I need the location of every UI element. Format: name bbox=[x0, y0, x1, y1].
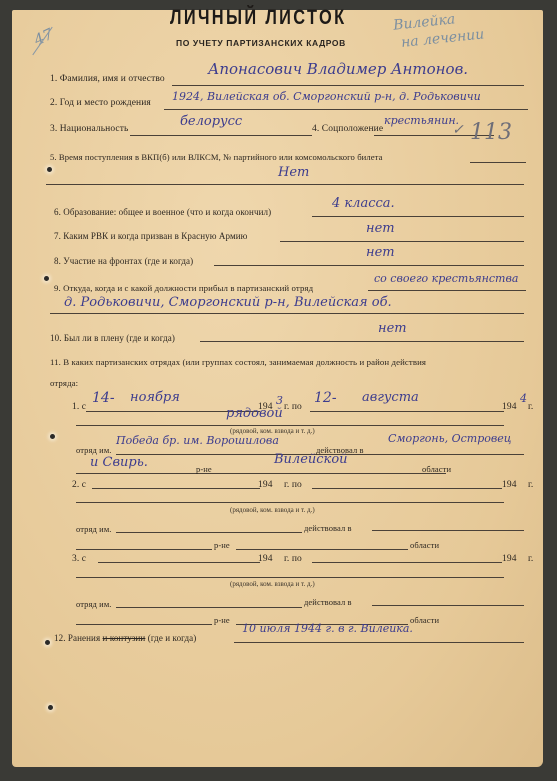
field-3-label: 3. Национальность bbox=[50, 124, 128, 134]
field-1-label: 1. Фамилия, имя и отчество bbox=[50, 74, 165, 84]
entry-1-to-day: 12- bbox=[314, 390, 337, 406]
field-3-value: белорусс bbox=[180, 114, 242, 129]
entry-1-till-label: г. по bbox=[284, 402, 302, 412]
entry-1-detachment: Победа бр. им. Ворошилова bbox=[116, 434, 279, 447]
field-12-label: 12. Ранения и контузии (где и когда) bbox=[54, 633, 196, 643]
entry-3-detachment-label: отряд им. bbox=[76, 599, 112, 609]
entry-2-year-suffix: г. bbox=[528, 480, 533, 490]
entry-1-num: 1. с bbox=[72, 402, 86, 412]
entry-2-year-print: 194 bbox=[258, 480, 273, 490]
entry-1-from-month: ноября bbox=[130, 390, 180, 405]
field-8-value: нет bbox=[366, 245, 395, 260]
archive-tick-mark: ✓ bbox=[452, 122, 464, 138]
entry-2-detachment-label: отряд им. bbox=[76, 524, 112, 534]
form-subtitle: ПО УЧЕТУ ПАРТИЗАНСКИХ КАДРОВ bbox=[176, 38, 346, 48]
entry-2-acted-label: действовал в bbox=[304, 523, 352, 533]
punch-hole bbox=[44, 276, 49, 281]
field-4-value: крестьянин. bbox=[384, 114, 459, 127]
field-7-label: 7. Каким РВК и когда призван в Красную А… bbox=[54, 231, 247, 241]
field-12-label-a: 12. Ранения bbox=[54, 633, 100, 643]
entry-2-region-label: области bbox=[410, 540, 439, 550]
entry-1-to-month: августа bbox=[362, 390, 419, 405]
entry-3-acted-label: действовал в bbox=[304, 597, 352, 607]
entry-1-position: рядовой bbox=[226, 406, 283, 421]
field-5-label: 5. Время поступления в ВКП(б) или ВЛКСМ,… bbox=[50, 152, 383, 162]
entry-3-year-suffix: г. bbox=[528, 554, 533, 564]
field-9-value-line-1: со своего крестьянства bbox=[374, 272, 518, 285]
field-9-label: 9. Откуда, когда и с какой должности при… bbox=[54, 283, 313, 293]
entry-2-position-hint: (рядовой, ком. взвода и т. д.) bbox=[230, 506, 315, 514]
field-6-value: 4 класса. bbox=[332, 196, 395, 211]
entry-1-region-label: области bbox=[422, 464, 451, 474]
entry-2-year-print-to: 194 bbox=[502, 480, 517, 490]
punch-hole bbox=[45, 640, 50, 645]
form-title: ЛИЧНЫЙ ЛИСТОК bbox=[170, 6, 346, 30]
field-1-value: Апонасович Владимер Антонов. bbox=[208, 60, 468, 78]
field-8-label: 8. Участие на фронтах (где и когда) bbox=[54, 256, 193, 266]
field-6-label: 6. Образование: общее и военное (что и к… bbox=[54, 207, 271, 217]
entry-2-district-label: р-не bbox=[214, 540, 230, 550]
entry-3-district-label: р-не bbox=[214, 615, 230, 625]
entry-1-region: Вилейской bbox=[274, 452, 348, 467]
field-11-label-cont: отряда: bbox=[50, 378, 78, 388]
entry-1-to-year-hand: 4 bbox=[520, 392, 527, 405]
field-7-value: нет bbox=[366, 221, 395, 236]
punch-hole bbox=[47, 167, 52, 172]
entry-2-till-label: г. по bbox=[284, 480, 302, 490]
field-5-value: Нет bbox=[278, 165, 309, 180]
entry-3-year-print: 194 bbox=[258, 554, 273, 564]
field-12-label-b: (где и когда) bbox=[148, 633, 197, 643]
field-10-label: 10. Был ли в плену (где и когда) bbox=[50, 333, 175, 343]
field-12-label-struck: и контузии bbox=[103, 633, 146, 643]
entry-1-to-year-print: 194 bbox=[502, 402, 517, 412]
entry-1-district-label: р-не bbox=[196, 464, 212, 474]
field-4-label: 4. Соцположение bbox=[312, 124, 383, 134]
field-11-label: 11. В каких партизанских отрядах (или гр… bbox=[50, 357, 426, 367]
entry-3-year-print-to: 194 bbox=[502, 554, 517, 564]
entry-2-num: 2. с bbox=[72, 480, 86, 490]
entry-3-till-label: г. по bbox=[284, 554, 302, 564]
punch-hole bbox=[50, 434, 55, 439]
field-2-value: 1924, Вилейская об. Сморгонский р-н, д. … bbox=[172, 90, 481, 103]
field-12-value: 10 июля 1944 г. в г. Вилейка. bbox=[242, 622, 413, 635]
entry-1-detachment-label: отряд им. bbox=[76, 445, 112, 455]
entry-1-district: и Свирь. bbox=[90, 455, 148, 470]
entry-3-position-hint: (рядовой, ком. взвода и т. д.) bbox=[230, 580, 315, 588]
archive-number: 113 bbox=[470, 120, 512, 145]
side-note: Вилейка на лечении bbox=[392, 7, 485, 52]
field-2-label: 2. Год и место рождения bbox=[50, 98, 151, 108]
entry-3-num: 3. с bbox=[72, 554, 86, 564]
field-9-value-line-2: д. Родьковичи, Сморгонский р-н, Вилейска… bbox=[64, 295, 392, 310]
entry-3-region-label: области bbox=[410, 615, 439, 625]
punch-hole bbox=[48, 705, 53, 710]
field-10-value: нет bbox=[378, 321, 407, 336]
entry-1-acted-in: Сморгонь, Островец bbox=[388, 432, 511, 445]
personal-record-form: ЛИЧНЫЙ ЛИСТОК ПО УЧЕТУ ПАРТИЗАНСКИХ КАДР… bbox=[12, 10, 543, 767]
entry-1-year-suffix: г. bbox=[528, 402, 533, 412]
entry-1-from-day: 14- bbox=[92, 390, 115, 406]
